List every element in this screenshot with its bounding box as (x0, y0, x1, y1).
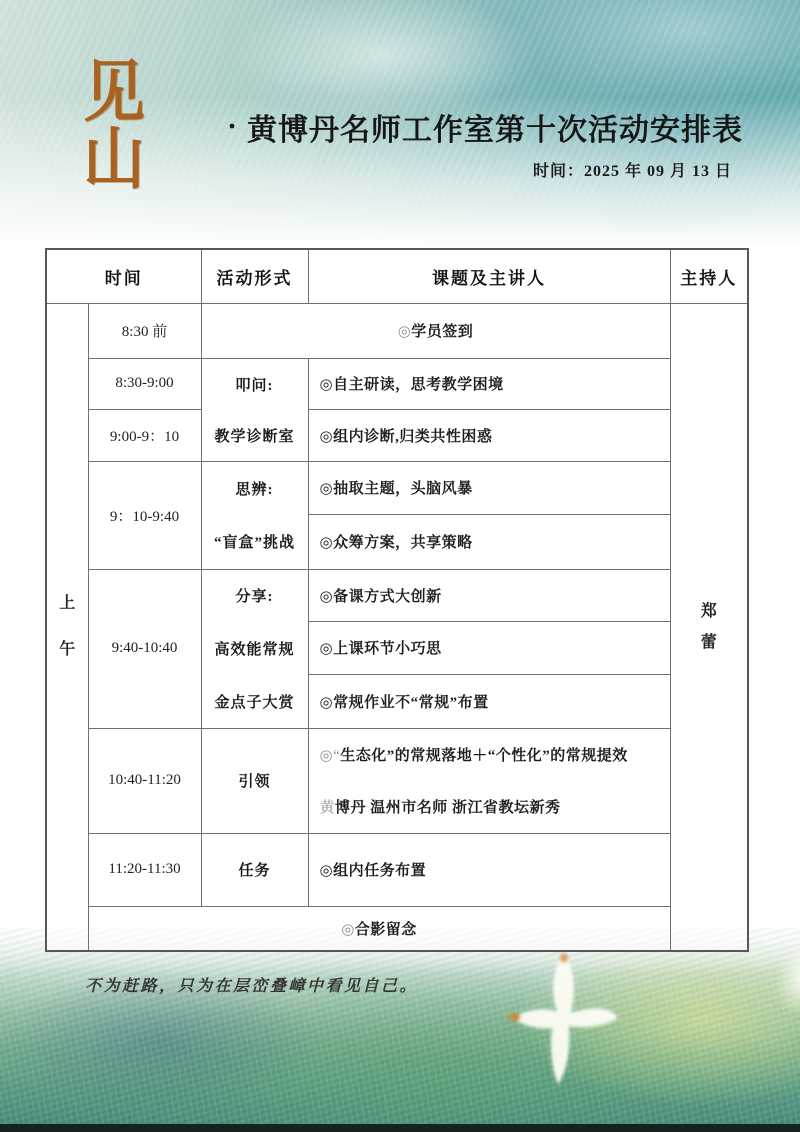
seagull-icon (500, 952, 628, 1098)
table-row: 9：10-9:40 思辨: “盲盒”挑战 ◎抽取主题，头脑风暴 (46, 461, 748, 514)
footer-quote: 不为赶路，只为在层峦叠嶂中看见自己。 (85, 973, 418, 996)
topic-text: ◎合影留念 (341, 918, 417, 939)
topic-cell: ◎组内诊断,归类共性困惑 (308, 409, 670, 461)
period-char: 上 (47, 581, 88, 627)
activity-line: “盲盒”挑战 (214, 531, 295, 552)
activity-cell-renwu: 任务 (201, 833, 308, 906)
time-cell: 9:40-10:40 (88, 569, 201, 728)
topic-text: ◎“生态化”的常规落地＋“个性化”的常规提效 (309, 744, 628, 765)
topic-text: ◎常规作业不“常规”布置 (309, 695, 489, 711)
activity-line: 教学诊断室 (214, 425, 294, 446)
topic-text: ◎自主研读，思考教学困境 (309, 377, 504, 393)
table-row: 9:40-10:40 分享: 高效能常规 金点子大赏 ◎备课方式大创新 (46, 569, 748, 621)
topic-cell: ◎上课环节小巧思 (308, 621, 670, 674)
logo-jianshan: 见山 (83, 60, 205, 194)
table-row: 11:20-11:30 任务 ◎组内任务布置 (46, 833, 748, 906)
topic-cell-signin: ◎学员签到 (201, 303, 670, 358)
activity-cell-sibian: 思辨: “盲盒”挑战 (201, 461, 308, 569)
header-row: 时间 活动形式 课题及主讲人 主持人 (46, 249, 748, 303)
watercolor-bottom-background (0, 928, 800, 1132)
host-char: 郑 (671, 596, 748, 627)
topic-cell: ◎常规作业不“常规”布置 (308, 674, 670, 728)
time-cell: 9：10-9:40 (88, 461, 201, 569)
page-title: 黄博丹名师工作室第十次活动安排表 (247, 105, 743, 149)
table-row: 8:30-9:00 叩问: 教学诊断室 ◎自主研读，思考教学困境 (46, 358, 748, 409)
activity-cell-kouwen: 叩问: 教学诊断室 (201, 358, 308, 461)
schedule-table: 时间 活动形式 课题及主讲人 主持人 上 午 8:30 前 ◎学员签到 (45, 248, 749, 952)
period-char: 午 (47, 627, 88, 673)
time-cell: 10:40-11:20 (88, 728, 201, 833)
host-cell: 郑 蕾 (670, 303, 748, 951)
topic-cell: ◎自主研读，思考教学困境 (308, 358, 670, 409)
host-char: 蕾 (671, 627, 748, 658)
topic-cell-keynote: ◎“生态化”的常规落地＋“个性化”的常规提效 黄博丹 温州市名师 浙江省教坛新秀 (308, 728, 670, 833)
activity-line: 思辨: (236, 478, 274, 499)
table-row: 10:40-11:20 引领 ◎“生态化”的常规落地＋“个性化”的常规提效 黄博… (46, 728, 748, 833)
topic-text: ◎学员签到 (398, 320, 474, 341)
table-row: 上 午 8:30 前 ◎学员签到 郑 蕾 (46, 303, 748, 358)
activity-line: 叩问: (236, 374, 274, 395)
col-header-activity: 活动形式 (201, 249, 308, 303)
time-cell: 8:30-9:00 (88, 358, 201, 409)
topic-text: ◎备课方式大创新 (309, 589, 442, 605)
time-cell: 8:30 前 (88, 303, 201, 358)
activity-line: 金点子大赏 (214, 691, 294, 712)
topic-text: ◎上课环节小巧思 (309, 641, 442, 657)
date-text: 时间：2025 年 09 月 13 日 (533, 158, 732, 181)
activity-line: 分享: (236, 585, 274, 606)
speaker-text: 黄博丹 温州市名师 浙江省教坛新秀 (309, 796, 561, 817)
photo-edge-strip (0, 1124, 800, 1132)
schedule-table-wrap: 时间 活动形式 课题及主讲人 主持人 上 午 8:30 前 ◎学员签到 (45, 248, 749, 952)
title-separator-dot: · (227, 110, 237, 144)
col-header-time: 时间 (46, 249, 201, 303)
time-cell: 11:20-11:30 (88, 833, 201, 906)
topic-text: ◎组内诊断,归类共性困惑 (309, 429, 493, 445)
activity-cell-yinling: 引领 (201, 728, 308, 833)
poster-page: 见山 · 黄博丹名师工作室第十次活动安排表 时间：2025 年 09 月 13 … (0, 0, 800, 1132)
topic-text: ◎众筹方案，共享策略 (309, 535, 473, 551)
period-cell-morning: 上 午 (46, 303, 88, 951)
activity-line: 任务 (238, 859, 270, 880)
topic-cell: ◎抽取主题，头脑风暴 (308, 461, 670, 514)
activity-line: 高效能常规 (214, 638, 294, 659)
topic-cell-photo: ◎合影留念 (88, 906, 670, 951)
table-row: ◎合影留念 (46, 906, 748, 951)
activity-line: 引领 (238, 770, 270, 791)
table-row: 9:00-9：10 ◎组内诊断,归类共性困惑 (46, 409, 748, 461)
col-header-topic: 课题及主讲人 (308, 249, 670, 303)
activity-cell-fenxiang: 分享: 高效能常规 金点子大赏 (201, 569, 308, 728)
col-header-host: 主持人 (670, 249, 748, 303)
topic-cell: ◎众筹方案，共享策略 (308, 514, 670, 569)
topic-text: ◎抽取主题，头脑风暴 (309, 481, 473, 497)
topic-cell: ◎组内任务布置 (308, 833, 670, 906)
topic-text: ◎组内任务布置 (309, 863, 427, 879)
topic-cell: ◎备课方式大创新 (308, 569, 670, 621)
time-cell: 9:00-9：10 (88, 409, 201, 461)
